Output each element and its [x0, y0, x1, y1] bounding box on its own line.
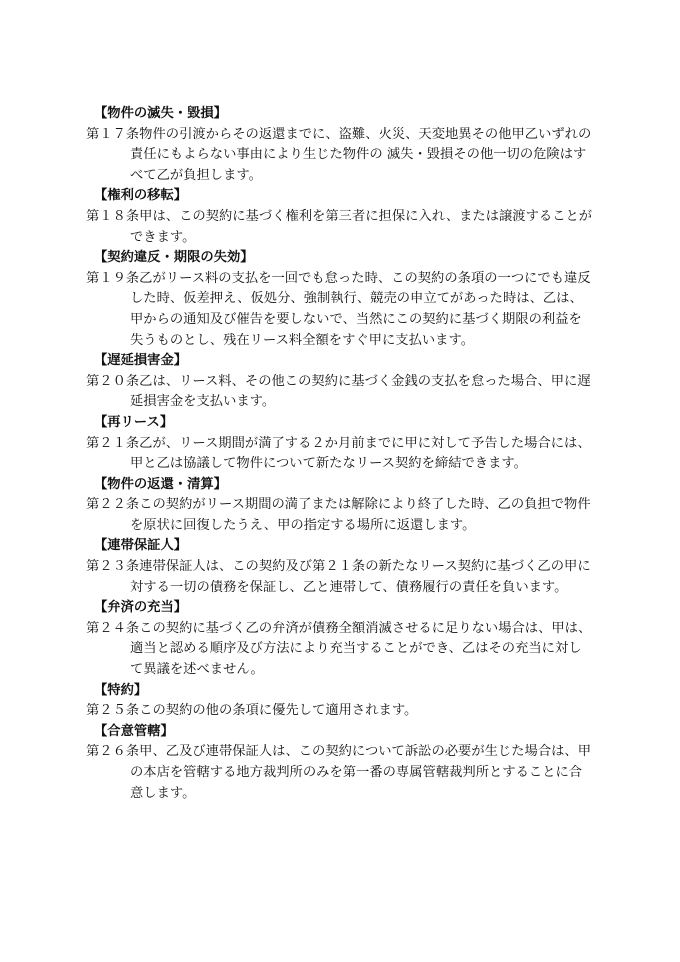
section-heading: 【契約違反・期限の失効】 — [0, 248, 680, 269]
article-line: を原状に回復したうえ、甲の指定する場所に返還します。 — [130, 516, 624, 537]
article-line: 第２０条乙は、リース料、その他この契約に基づく金銭の支払を怠った場合、甲に遅 — [130, 372, 624, 393]
article-line: 第２２条この契約がリース期間の満了または解除により終了した時、乙の負担で物件 — [130, 495, 624, 516]
article-paragraph: 第２４条この契約に基づく乙の弁済が債務全額消滅させるに足りない場合は、甲は、適当… — [0, 619, 680, 681]
article-line: 第１８条甲は、この契約に基づく権利を第三者に担保に入れ、または譲渡することが — [130, 207, 624, 228]
article-line: 甲と乙は協議して物件について新たなリース契約を締結できます。 — [130, 454, 624, 475]
article-line: 第１９条乙がリース料の支払を一回でも怠った時、この契約の条項の一つにでも違反 — [130, 269, 624, 290]
article-line: 第２５条この契約の他の条項に優先して適用されます。 — [130, 701, 624, 722]
section-heading: 【合意管轄】 — [0, 722, 680, 743]
section-heading: 【特約】 — [0, 681, 680, 702]
article-line: 第２１条乙が、リース期間が満了する２か月前までに甲に対して予告した場合には、 — [130, 434, 624, 455]
article-line: 第２６条甲、乙及び連帯保証人は、この契約について訴訟の必要が生じた場合は、甲 — [130, 742, 624, 763]
article-line: 意します。 — [130, 784, 624, 805]
section-heading: 【物件の滅失・毀損】 — [0, 104, 680, 125]
article-paragraph: 第２６条甲、乙及び連帯保証人は、この契約について訴訟の必要が生じた場合は、甲の本… — [0, 742, 680, 804]
article-line: 第２３条連帯保証人は、この契約及び第２１条の新たなリース契約に基づく乙の甲に — [130, 557, 624, 578]
contract-terms: 【物件の滅失・毀損】第１７条物件の引渡からその返還までに、盗難、火災、天変地異そ… — [0, 104, 680, 804]
article-line: べて乙が負担します。 — [130, 166, 624, 187]
document-page: 【物件の滅失・毀損】第１７条物件の引渡からその返還までに、盗難、火災、天変地異そ… — [0, 0, 680, 962]
article-line: 延損害金を支払います。 — [130, 392, 624, 413]
article-line: 失うものとし、残在リース料全額をすぐ甲に支払います。 — [130, 331, 624, 352]
article-line: 適当と認める順序及び方法により充当することができ、乙はその充当に対し — [130, 639, 624, 660]
section-heading: 【弁済の充当】 — [0, 598, 680, 619]
article-paragraph: 第２２条この契約がリース期間の満了または解除により終了した時、乙の負担で物件を原… — [0, 495, 680, 536]
article-paragraph: 第２５条この契約の他の条項に優先して適用されます。 — [0, 701, 680, 722]
article-line: 第１７条物件の引渡からその返還までに、盗難、火災、天変地異その他甲乙いずれの — [130, 125, 624, 146]
article-line: した時、仮差押え、仮処分、強制執行、競売の申立てがあった時は、乙は、 — [130, 289, 624, 310]
section-heading: 【再リース】 — [0, 413, 680, 434]
article-paragraph: 第２０条乙は、リース料、その他この契約に基づく金銭の支払を怠った場合、甲に遅延損… — [0, 372, 680, 413]
article-paragraph: 第１９条乙がリース料の支払を一回でも怠った時、この契約の条項の一つにでも違反した… — [0, 269, 680, 351]
article-line: て異議を述べません。 — [130, 660, 624, 681]
article-line: できます。 — [130, 228, 624, 249]
article-paragraph: 第１７条物件の引渡からその返還までに、盗難、火災、天変地異その他甲乙いずれの責任… — [0, 125, 680, 187]
article-line: 甲からの通知及び催告を要しないで、当然にこの契約に基づく期限の利益を — [130, 310, 624, 331]
section-heading: 【遅延損害金】 — [0, 351, 680, 372]
section-heading: 【連帯保証人】 — [0, 536, 680, 557]
article-line: 対する一切の債務を保証し、乙と連帯して、債務履行の責任を負います。 — [130, 578, 624, 599]
article-line: 責任にもよらない事由により生じた物件の 滅失・毀損その他一切の危険はす — [130, 145, 624, 166]
section-heading: 【権利の移転】 — [0, 186, 680, 207]
article-paragraph: 第２３条連帯保証人は、この契約及び第２１条の新たなリース契約に基づく乙の甲に対す… — [0, 557, 680, 598]
article-line: 第２４条この契約に基づく乙の弁済が債務全額消滅させるに足りない場合は、甲は、 — [130, 619, 624, 640]
article-line: の本店を管轄する地方裁判所のみを第一番の専属管轄裁判所とすることに合 — [130, 763, 624, 784]
article-paragraph: 第２１条乙が、リース期間が満了する２か月前までに甲に対して予告した場合には、甲と… — [0, 434, 680, 475]
article-paragraph: 第１８条甲は、この契約に基づく権利を第三者に担保に入れ、または譲渡することができ… — [0, 207, 680, 248]
section-heading: 【物件の返還・清算】 — [0, 475, 680, 496]
